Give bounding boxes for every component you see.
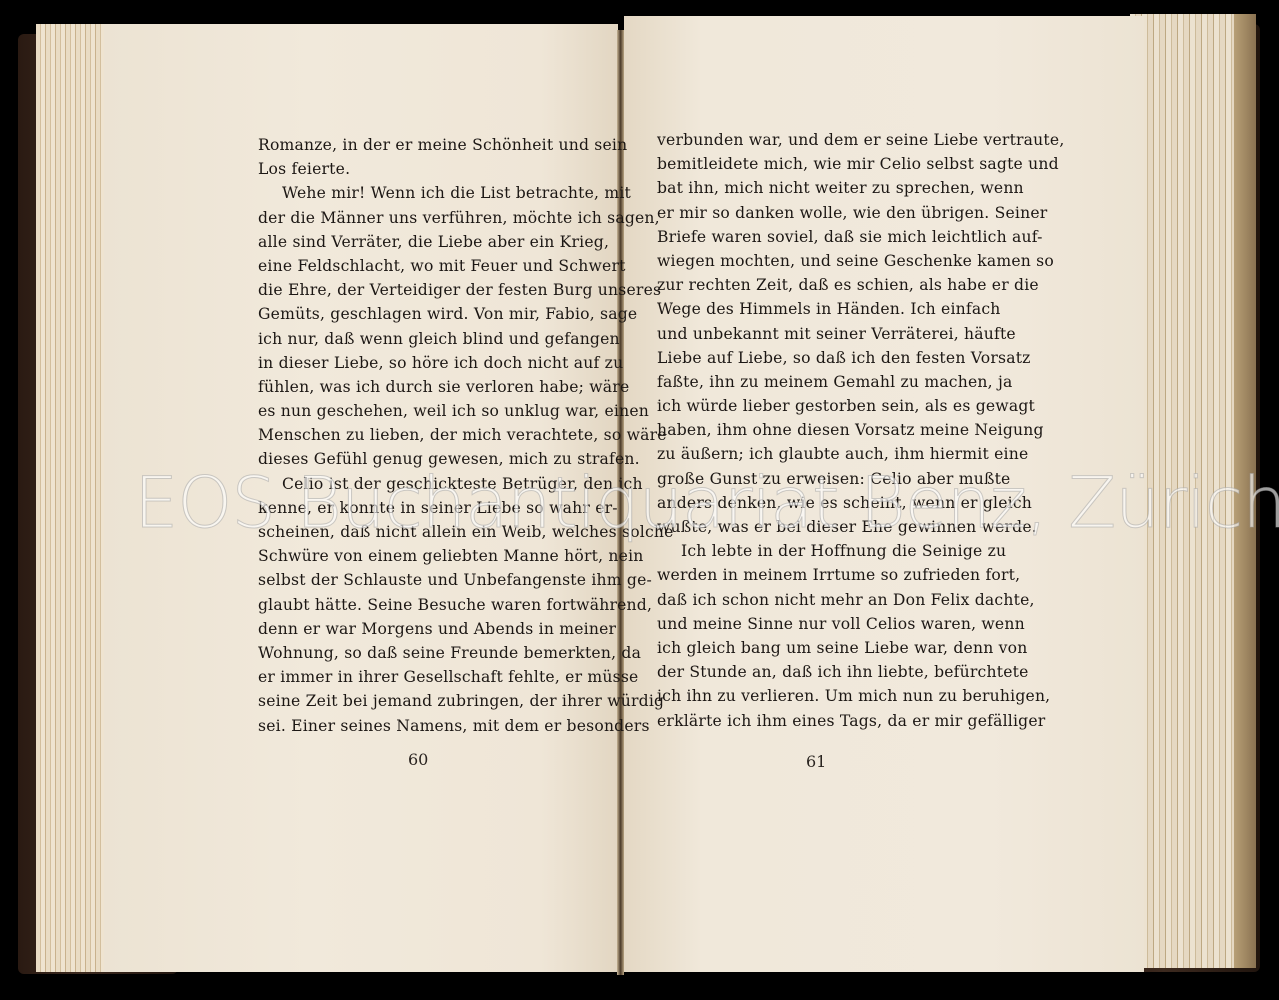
text-line: ich nur, daß wenn gleich blind und gefan…	[258, 327, 584, 351]
text-line: Romanze, in der er meine Schönheit und s…	[258, 133, 584, 157]
text-line: faßte, ihn zu meinem Gemahl zu machen, j…	[657, 370, 977, 394]
text-line: Briefe waren soviel, daß sie mich leicht…	[657, 225, 977, 249]
text-line: der Stunde an, daß ich ihn liebte, befür…	[657, 660, 977, 684]
right-page-text: verbunden war, und dem er seine Liebe ve…	[657, 128, 977, 733]
text-line: Gemüts, geschlagen wird. Von mir, Fabio,…	[258, 302, 584, 326]
text-line: Schwüre von einem geliebten Manne hört, …	[258, 544, 584, 568]
text-line: bat ihn, mich nicht weiter zu sprechen, …	[657, 176, 977, 200]
text-line: es nun geschehen, weil ich so unklug war…	[258, 399, 584, 423]
text-line: alle sind Verräter, die Liebe aber ein K…	[258, 230, 584, 254]
text-line: seine Zeit bei jemand zubringen, der ihr…	[258, 689, 584, 713]
text-line: daß ich schon nicht mehr an Don Felix da…	[657, 588, 977, 612]
text-line: er immer in ihrer Gesellschaft fehlte, e…	[258, 665, 584, 689]
text-line: eine Feldschlacht, wo mit Feuer und Schw…	[258, 254, 584, 278]
text-line: selbst der Schlauste und Unbefangenste i…	[258, 568, 584, 592]
text-line: werden in meinem Irrtume so zufrieden fo…	[657, 563, 977, 587]
left-page-text: Romanze, in der er meine Schönheit und s…	[258, 133, 584, 738]
text-line: wiegen mochten, und seine Geschenke kame…	[657, 249, 977, 273]
text-line: ich ihn zu verlieren. Um mich nun zu ber…	[657, 684, 977, 708]
watermark: EOS Buchantiquariat Benz, Zürich	[134, 462, 1279, 544]
page-number-left: 60	[408, 750, 428, 769]
text-line: Wege des Himmels in Händen. Ich einfach	[657, 297, 977, 321]
text-line: Wehe mir! Wenn ich die List betrachte, m…	[258, 181, 584, 205]
text-line: sei. Einer seines Namens, mit dem er bes…	[258, 714, 584, 738]
text-line: Menschen zu lieben, der mich verachtete,…	[258, 423, 584, 447]
text-line: ich gleich bang um seine Liebe war, denn…	[657, 636, 977, 660]
text-line: der die Männer uns verführen, möchte ich…	[258, 206, 584, 230]
page-number-right: 61	[806, 752, 826, 771]
text-line: Wohnung, so daß seine Freunde bemerkten,…	[258, 641, 584, 665]
text-line: bemitleidete mich, wie mir Celio selbst …	[657, 152, 977, 176]
text-line: fühlen, was ich durch sie verloren habe;…	[258, 375, 584, 399]
text-line: die Ehre, der Verteidiger der festen Bur…	[258, 278, 584, 302]
text-line: Los feierte.	[258, 157, 584, 181]
text-line: ich würde lieber gestorben sein, als es …	[657, 394, 977, 418]
text-line: verbunden war, und dem er seine Liebe ve…	[657, 128, 977, 152]
text-line: denn er war Morgens und Abends in meiner	[258, 617, 584, 641]
text-line: haben, ihm ohne diesen Vorsatz meine Nei…	[657, 418, 977, 442]
text-line: Liebe auf Liebe, so daß ich den festen V…	[657, 346, 977, 370]
text-line: in dieser Liebe, so höre ich doch nicht …	[258, 351, 584, 375]
text-line: und unbekannt mit seiner Verräterei, häu…	[657, 322, 977, 346]
text-line: erklärte ich ihm eines Tags, da er mir g…	[657, 709, 977, 733]
text-line: und meine Sinne nur voll Celios waren, w…	[657, 612, 977, 636]
text-line: zur rechten Zeit, daß es schien, als hab…	[657, 273, 977, 297]
text-line: er mir so danken wolle, wie den übrigen.…	[657, 201, 977, 225]
text-line: glaubt hätte. Seine Besuche waren fortwä…	[258, 593, 584, 617]
